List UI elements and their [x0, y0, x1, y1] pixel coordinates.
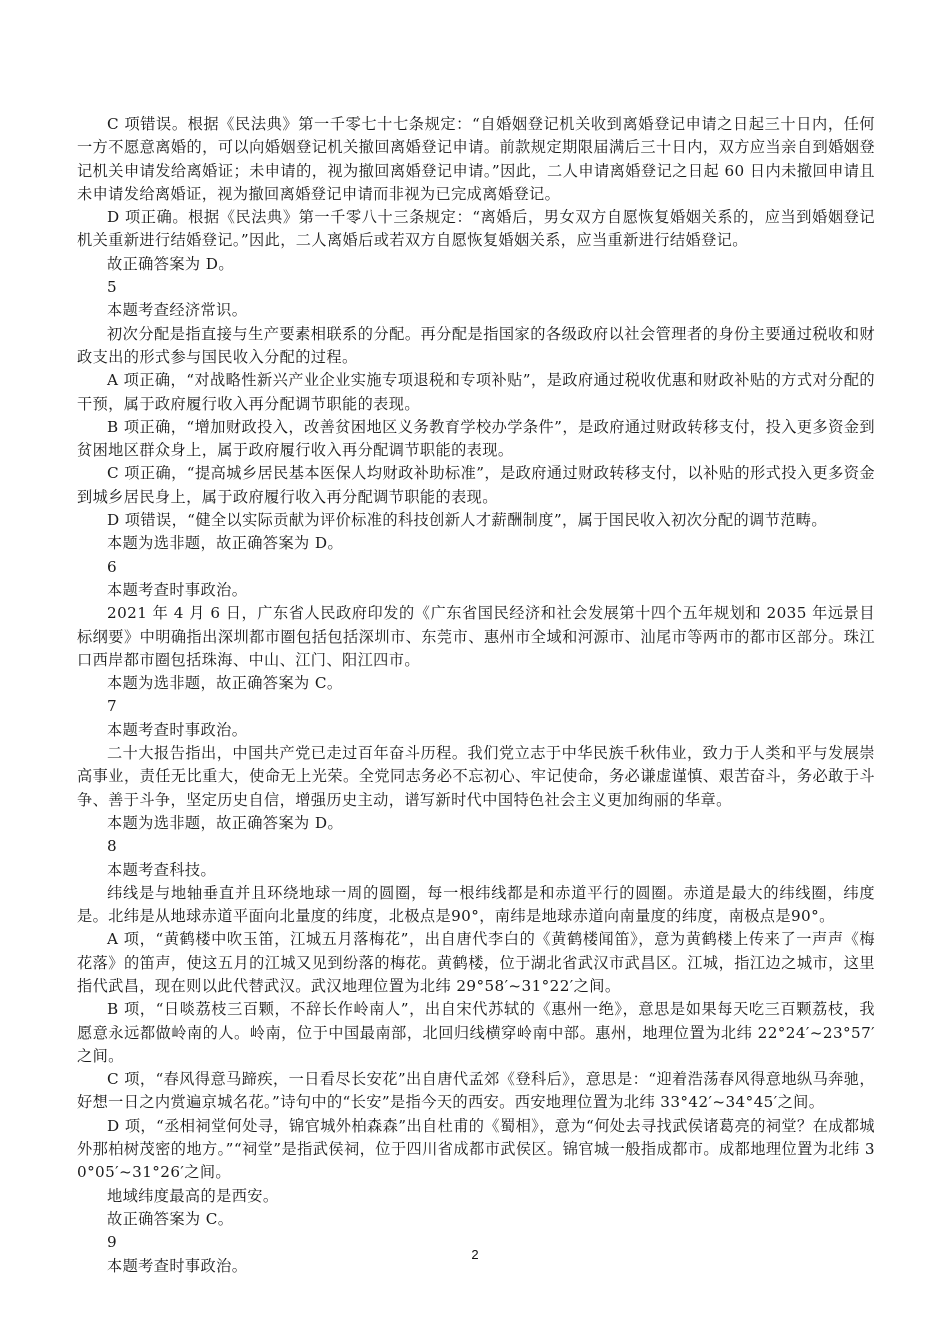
paragraph-option-a: A 项正确，“对战略性新兴产业企业实施专项退税和专项补贴”，是政府通过税收优惠和… — [77, 369, 875, 416]
paragraph-20th-congress-report: 二十大报告指出，中国共产党已走过百年奋斗历程。我们党立志于中华民族千秋伟业，致力… — [77, 742, 875, 812]
topic-line: 本题考查经济常识。 — [77, 299, 875, 322]
paragraph-option-c-xian: C 项，“春风得意马蹄疾，一日看尽长安花”出自唐代孟郊《登科后》，意思是：“迎着… — [77, 1068, 875, 1115]
answer-line: 故正确答案为 D。 — [77, 253, 875, 276]
paragraph-d-option-civil-code-1083: D 项正确。根据《民法典》第一千零八十三条规定：“离婚后，男女双方自愿恢复婚姻关… — [77, 206, 875, 253]
paragraph-distribution-definition: 初次分配是指直接与生产要素相联系的分配。再分配是指国家的各级政府以社会管理者的身… — [77, 323, 875, 370]
answer-line: 本题为选非题，故正确答案为 C。 — [77, 672, 875, 695]
question-number: 6 — [77, 556, 875, 579]
conclusion-line: 地域纬度最高的是西安。 — [77, 1185, 875, 1208]
paragraph-option-a-wuhan: A 项，“黄鹤楼中吹玉笛，江城五月落梅花”，出自唐代李白的《黄鹤楼闻笛》，意为黄… — [77, 928, 875, 998]
paragraph-latitude-definition: 纬线是与地轴垂直并且环绕地球一周的圆圈，每一根纬线都是和赤道平行的圆圈。赤道是最… — [77, 882, 875, 929]
topic-line: 本题考查时事政治。 — [77, 579, 875, 602]
topic-line: 本题考查时事政治。 — [77, 719, 875, 742]
paragraph-guangdong-plan: 2021 年 4 月 6 日，广东省人民政府印发的《广东省国民经济和社会发展第十… — [77, 602, 875, 672]
page-number: 2 — [0, 1247, 950, 1262]
paragraph-option-b: B 项正确，“增加财政投入，改善贫困地区义务教育学校办学条件”，是政府通过财政转… — [77, 416, 875, 463]
question-number: 5 — [77, 276, 875, 299]
paragraph-option-d: D 项错误，“健全以实际贡献为评价标准的科技创新人才薪酬制度”，属于国民收入初次… — [77, 509, 875, 532]
question-number: 8 — [77, 835, 875, 858]
paragraph-option-d-chengdu: D 项，“丞相祠堂何处寻，锦官城外柏森森”出自杜甫的《蜀相》，意为“何处去寻找武… — [77, 1115, 875, 1185]
document-body: C 项错误。根据《民法典》第一千零七十七条规定：“自婚姻登记机关收到离婚登记申请… — [77, 113, 875, 1278]
question-number: 7 — [77, 695, 875, 718]
paragraph-c-option-civil-code-1077: C 项错误。根据《民法典》第一千零七十七条规定：“自婚姻登记机关收到离婚登记申请… — [77, 113, 875, 206]
paragraph-option-c: C 项正确，“提高城乡居民基本医保人均财政补助标准”，是政府通过财政转移支付，以… — [77, 462, 875, 509]
answer-line: 本题为选非题，故正确答案为 D。 — [77, 812, 875, 835]
answer-line: 故正确答案为 C。 — [77, 1208, 875, 1231]
answer-line: 本题为选非题，故正确答案为 D。 — [77, 532, 875, 555]
paragraph-option-b-huizhou: B 项，“日啖荔枝三百颗，不辞长作岭南人”，出自宋代苏轼的《惠州一绝》，意思是如… — [77, 998, 875, 1068]
topic-line: 本题考查科技。 — [77, 859, 875, 882]
